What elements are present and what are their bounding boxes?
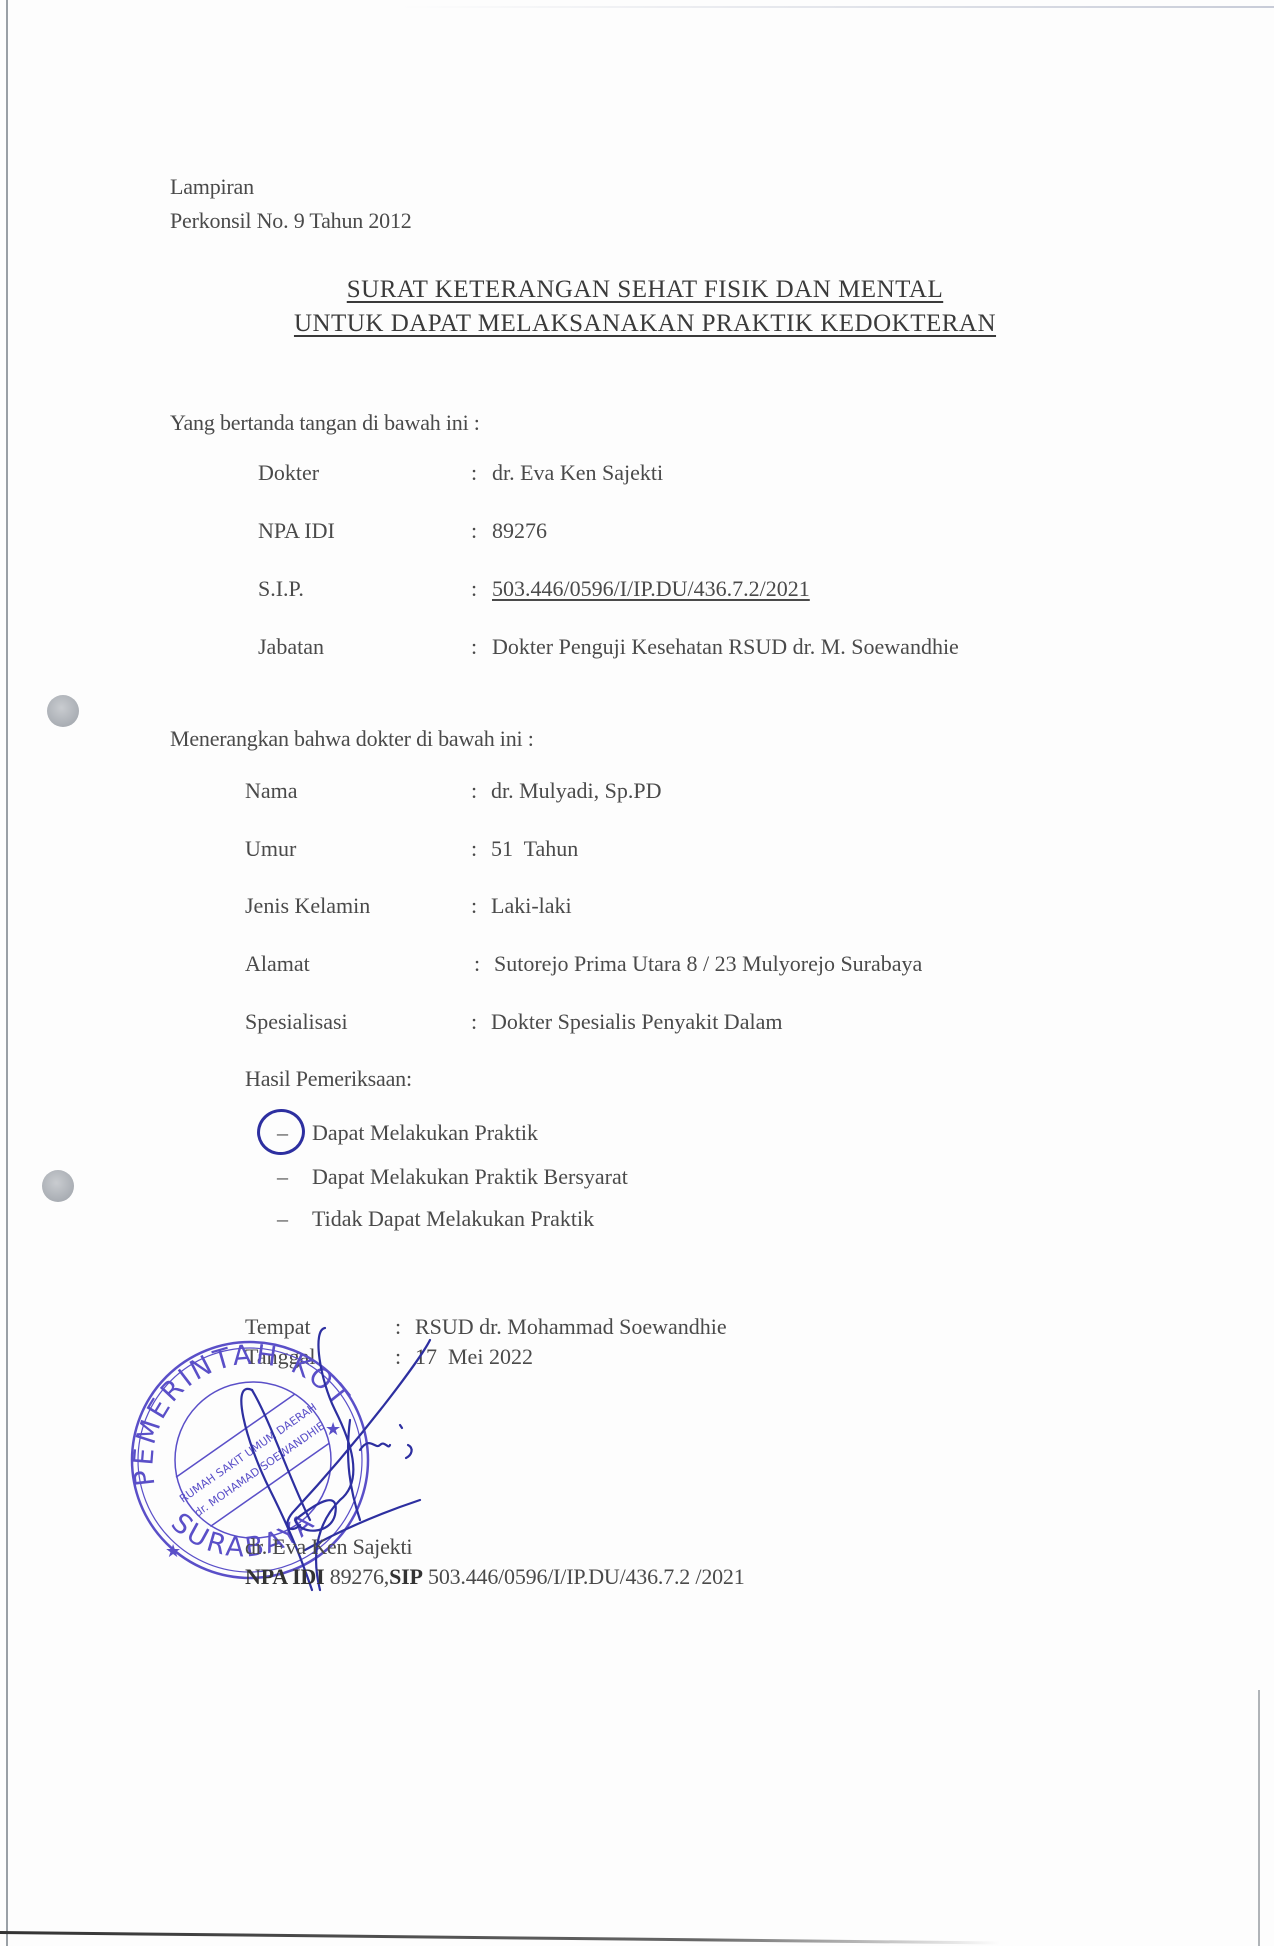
field-separator: : [471,518,477,544]
document-title-line2: UNTUK DAPAT MELAKSANAKAN PRAKTIK KEDOKTE… [8,310,1274,338]
option-text: Dapat Melakukan Praktik [312,1120,538,1146]
svg-text:★: ★ [165,1541,181,1561]
field-separator: : [471,460,477,486]
page-bottom-edge [0,1931,1000,1944]
regulation-reference: Perkonsil No. 9 Tahun 2012 [170,208,412,234]
field-value: dr. Mulyadi, Sp.PD [491,778,662,804]
field-value: 89276 [492,518,547,544]
sip-label: SIP [389,1564,423,1589]
field-separator: : [471,576,477,602]
attachment-label: Lampiran [170,174,254,200]
field-value: 503.446/0596/I/IP.DU/436.7.2/2021 [492,576,810,602]
field-label: Spesialisasi [245,1009,348,1035]
page-right-edge [1258,1690,1260,1946]
field-label: NPA IDI [258,518,335,544]
field-separator: : [471,778,477,804]
field-label: Jabatan [258,634,324,660]
field-separator: : [471,1009,477,1035]
field-separator: : [471,634,477,660]
field-label: Jenis Kelamin [245,893,370,919]
field-separator: : [474,951,480,977]
subject-intro: Menerangkan bahwa dokter di bawah ini : [170,726,534,752]
place-value: RSUD dr. Mohammad Soewandhie [415,1314,727,1340]
document-title-line1: SURAT KETERANGAN SEHAT FISIK DAN MENTAL [8,276,1274,304]
page-top-edge [400,6,1274,8]
signer-name: dr. Eva Ken Sajekti [245,1534,412,1560]
field-label: Alamat [245,951,310,977]
option-text: Dapat Melakukan Praktik Bersyarat [312,1164,628,1190]
field-label: Dokter [258,460,319,486]
field-label: Nama [245,778,298,804]
signer-intro: Yang bertanda tangan di bawah ini : [170,410,480,436]
field-value: Sutorejo Prima Utara 8 / 23 Mulyorejo Su… [494,951,922,977]
dash-bullet: – [277,1164,288,1190]
field-value: Dokter Penguji Kesehatan RSUD dr. M. Soe… [492,634,959,660]
dash-bullet: – [277,1206,288,1232]
option-text: Tidak Dapat Melakukan Praktik [312,1206,594,1232]
field-separator: : [471,893,477,919]
npa-label: NPA IDI [245,1564,324,1589]
signer-credentials: NPA IDI 89276,SIP 503.446/0596/I/IP.DU/4… [245,1564,745,1590]
sip-value: 503.446/0596/I/IP.DU/436.7.2 /2021 [423,1564,745,1589]
npa-value: 89276, [324,1564,389,1589]
punch-hole-icon [47,695,79,727]
field-value: dr. Eva Ken Sajekti [492,460,663,486]
punch-hole-icon [42,1170,74,1202]
field-label: Umur [245,836,296,862]
field-value: 51 Tahun [491,836,578,862]
field-separator: : [471,836,477,862]
exam-result-label: Hasil Pemeriksaan: [245,1066,412,1092]
field-value: Dokter Spesialis Penyakit Dalam [491,1009,782,1035]
field-label: S.I.P. [258,576,304,602]
selected-circle-mark [253,1105,308,1159]
field-value: Laki-laki [491,893,572,919]
